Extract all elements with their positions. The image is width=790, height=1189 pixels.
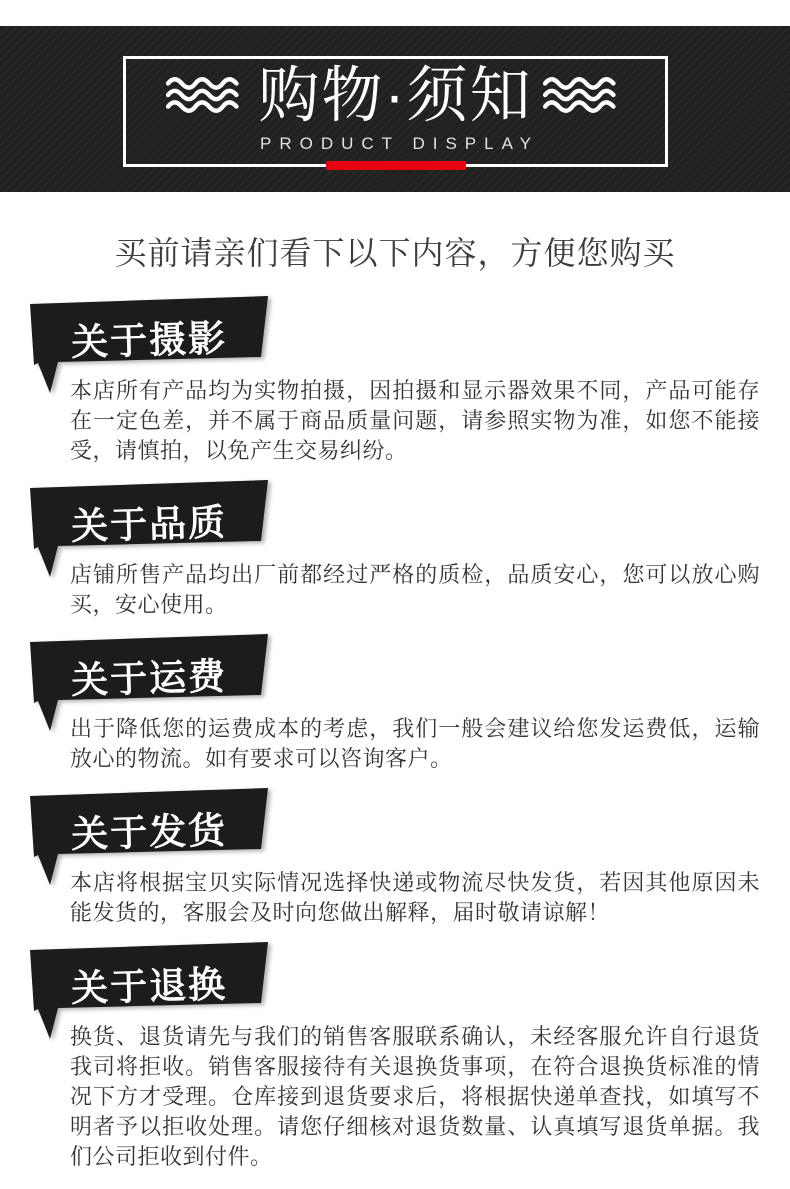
section-title: 关于发货: [52, 799, 245, 858]
intro-text: 买前请亲们看下以下内容，方便您购买: [0, 228, 790, 268]
page-title: 购物·须知: [258, 63, 532, 127]
section-ribbon: 关于发货: [25, 788, 277, 888]
section-photography: 关于摄影 本店所有产品均为实物拍摄，因拍摄和显示器效果不同，产品可能存在一定色差…: [25, 296, 760, 466]
section-title: 关于摄影: [52, 307, 245, 366]
section-title: 关于品质: [52, 491, 245, 550]
banner-frame: 购物·须知 PRODUCT DISPLAY: [123, 56, 668, 167]
section-ribbon: 关于运费: [25, 634, 277, 734]
page-subtitle: PRODUCT DISPLAY: [252, 134, 539, 154]
wave-lines-icon: [166, 76, 248, 114]
section-returns: 关于退换 换货、退货请先与我们的销售客服联系确认，未经客服允许自行退货我司将拒收…: [25, 942, 760, 1172]
section-ribbon: 关于品质: [25, 480, 277, 580]
section-title: 关于运费: [52, 645, 245, 704]
section-ribbon: 关于退换: [25, 942, 277, 1042]
section-title: 关于退换: [52, 953, 245, 1012]
title-row: 购物·须知: [166, 63, 624, 127]
purchase-notice-page: 购物·须知 PRODUCT DISPLAY 买前请亲们看下以下内容，方便您购买 …: [0, 0, 790, 1189]
header-banner: 购物·须知 PRODUCT DISPLAY: [0, 26, 790, 192]
section-quality: 关于品质 店铺所售产品均出厂前都经过严格的质检，品质安心，您可以放心购买，安心使…: [25, 480, 760, 620]
section-ribbon: 关于摄影: [25, 296, 277, 396]
wave-lines-icon: [543, 76, 625, 114]
section-shipping-fee: 关于运费 出于降低您的运费成本的考虑，我们一般会建议给您发运费低，运输放心的物流…: [25, 634, 760, 774]
accent-underline: [326, 161, 466, 170]
section-delivery: 关于发货 本店将根据宝贝实际情况选择快递或物流尽快发货，若因其他原因未能发货的，…: [25, 788, 760, 928]
section-body: 换货、退货请先与我们的销售客服联系确认，未经客服允许自行退货我司将拒收。销售客服…: [70, 1022, 760, 1172]
